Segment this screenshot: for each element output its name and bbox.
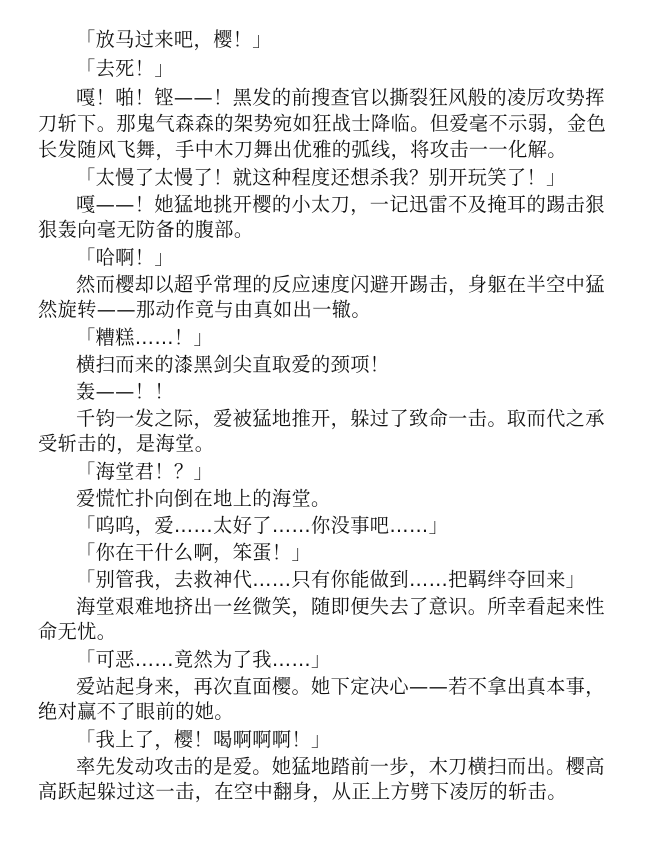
paragraph-line: 然旋转——那动作竟与由真如出一辙。 (38, 297, 618, 323)
dialogue-line: 「呜呜，爱……太好了……你没事吧……」 (76, 513, 650, 539)
paragraph-line: 爱站起身来，再次直面樱。她下定决心——若不拿出真本事， (76, 674, 650, 700)
paragraph-line: 嘎——！她猛地挑开樱的小太刀，一记迅雷不及掩耳的踢击狠 (76, 192, 650, 218)
paragraph-line: 然而樱却以超乎常理的反应速度闪避开踢击，身躯在半空中猛 (76, 272, 650, 298)
paragraph-line: 长发随风飞舞，手中木刀舞出优雅的弧线，将攻击一一化解。 (38, 137, 618, 163)
dialogue-line: 「放马过来吧，樱！」 (76, 27, 650, 53)
paragraph-line: 海堂艰难地挤出一丝微笑，随即便失去了意识。所幸看起来性 (76, 594, 650, 620)
dialogue-line: 「太慢了太慢了！就这种程度还想杀我？别开玩笑了！」 (76, 165, 650, 191)
paragraph-line: 嘎！啪！铿——！黑发的前搜查官以撕裂狂风般的凌厉攻势挥 (76, 85, 650, 111)
dialogue-line: 「你在干什么啊，笨蛋！」 (76, 540, 650, 566)
paragraph-line: 横扫而来的漆黑剑尖直取爱的颈项！ (76, 352, 650, 378)
dialogue-line: 「糟糕……！」 (76, 325, 650, 351)
paragraph-line: 刀斩下。那鬼气森森的架势宛如狂战士降临。但爱毫不示弱，金色 (38, 111, 618, 137)
paragraph-line: 狠轰向毫无防备的腹部。 (38, 217, 618, 243)
dialogue-line: 「我上了，樱！喝啊啊啊！」 (76, 727, 650, 753)
paragraph-line: 千钧一发之际，爱被猛地推开，躲过了致命一击。取而代之承 (76, 406, 650, 432)
paragraph-line: 爱慌忙扑向倒在地上的海堂。 (76, 486, 650, 512)
dialogue-line: 「哈啊！」 (76, 245, 650, 271)
paragraph-line: 受斩击的，是海堂。 (38, 431, 618, 457)
paragraph-line: 绝对赢不了眼前的她。 (38, 699, 618, 725)
dialogue-line: 「别管我，去救神代……只有你能做到……把羁绊夺回来」 (76, 567, 650, 593)
paragraph-line: 率先发动攻击的是爱。她猛地踏前一步，木刀横扫而出。樱高 (76, 754, 650, 780)
document-page: 「放马过来吧，樱！」 「去死！」 嘎！啪！铿——！黑发的前搜查官以撕裂狂风般的凌… (0, 0, 650, 850)
dialogue-line: 「可恶……竟然为了我……」 (76, 647, 650, 673)
paragraph-line: 高跃起躲过这一击，在空中翻身，从正上方劈下凌厉的斩击。 (38, 779, 618, 805)
paragraph-line: 命无忧。 (38, 619, 618, 645)
dialogue-line: 「去死！」 (76, 56, 650, 82)
dialogue-line: 「海堂君！？」 (76, 459, 650, 485)
paragraph-line: 轰——！！ (76, 379, 650, 405)
